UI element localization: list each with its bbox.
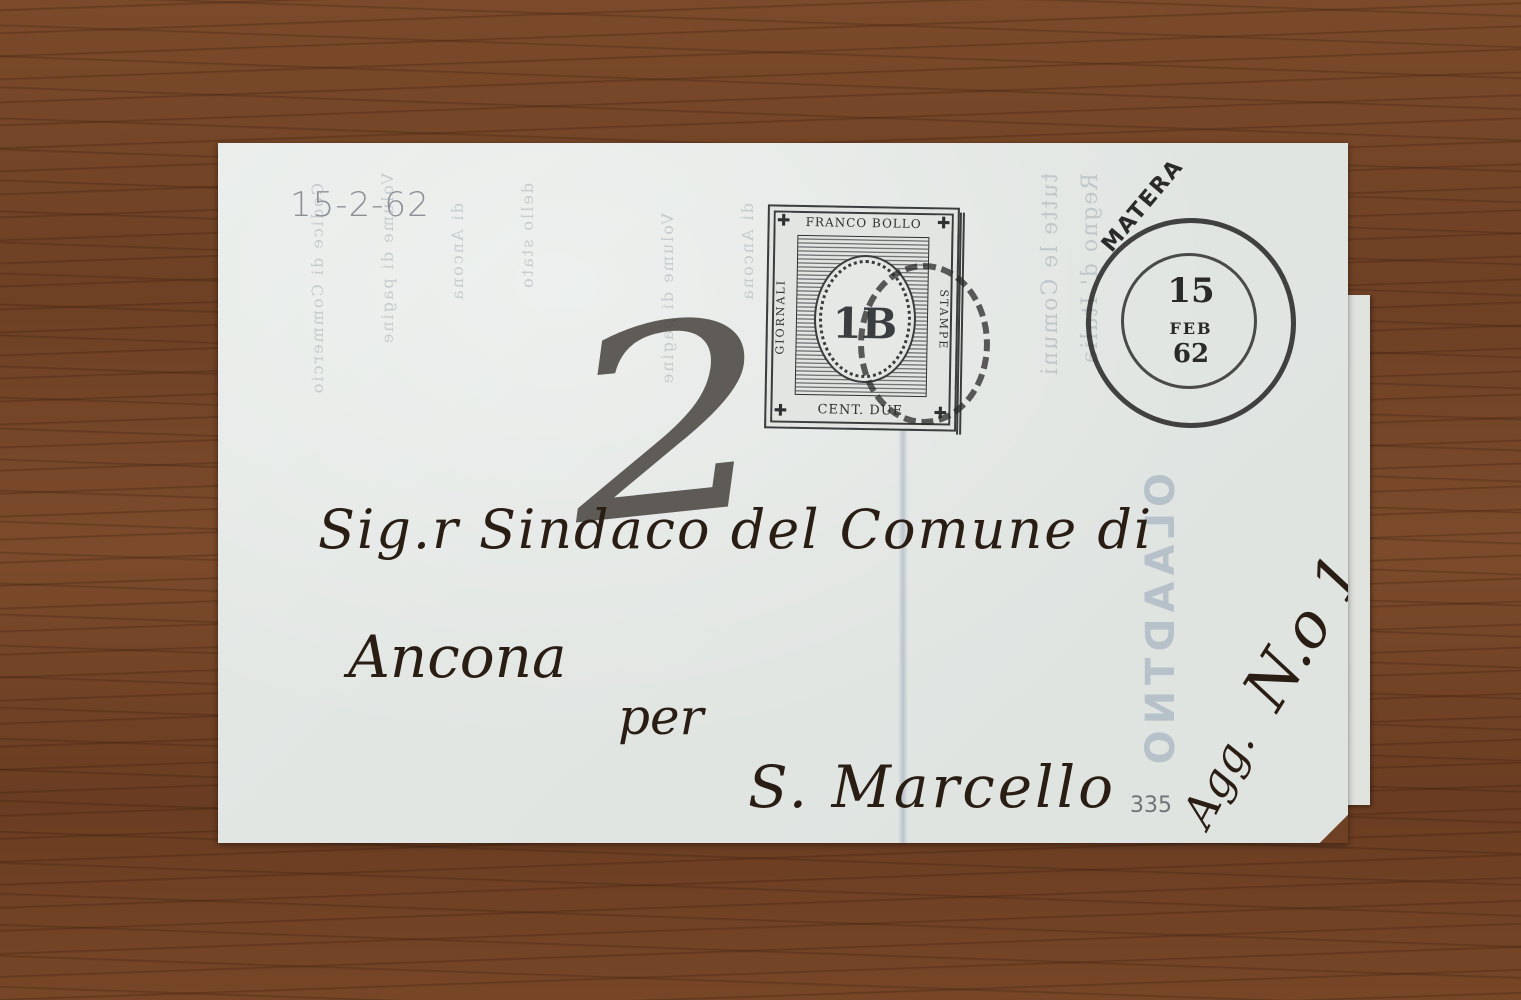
address-line-via: per: [618, 688, 704, 746]
stamp-top-label: FRANCO BOLLO: [798, 215, 930, 231]
bleed-through-text: di Ancona: [448, 203, 467, 302]
pencil-date-note: 15-2-62: [290, 185, 430, 225]
photo-scene: Codice di Commercio Volume di pagine di …: [0, 0, 1521, 1000]
postmark-year: 62: [1091, 339, 1291, 369]
cancellation-ring: [858, 263, 990, 425]
postmark-town: MATERA: [1097, 154, 1189, 257]
postmark-day: 15: [1091, 271, 1291, 311]
pencil-number: 335: [1130, 793, 1172, 818]
bleed-through-text: tutte le Comuni: [1038, 173, 1063, 377]
cross-ornament-icon: ✚: [776, 212, 792, 228]
stamp-left-label: GIORNALI: [773, 236, 796, 396]
docket-number: N.o 1: [1228, 542, 1348, 722]
bleed-through-text: dello stato: [518, 183, 537, 290]
cross-ornament-icon: ✚: [936, 215, 952, 231]
date-postmark: MATERA 15 FEB 62: [1086, 218, 1296, 428]
postmark-month: FEB: [1091, 319, 1291, 338]
cross-ornament-icon: ✚: [772, 402, 788, 418]
postal-cover: Codice di Commercio Volume di pagine di …: [218, 143, 1348, 843]
address-line-recipient: Sig.r Sindaco del Comune di: [318, 498, 1153, 561]
address-line-destination: S. Marcello: [748, 753, 1116, 821]
docket-annotation: Agg.: [1173, 721, 1266, 835]
address-line-city: Ancona: [348, 623, 567, 691]
